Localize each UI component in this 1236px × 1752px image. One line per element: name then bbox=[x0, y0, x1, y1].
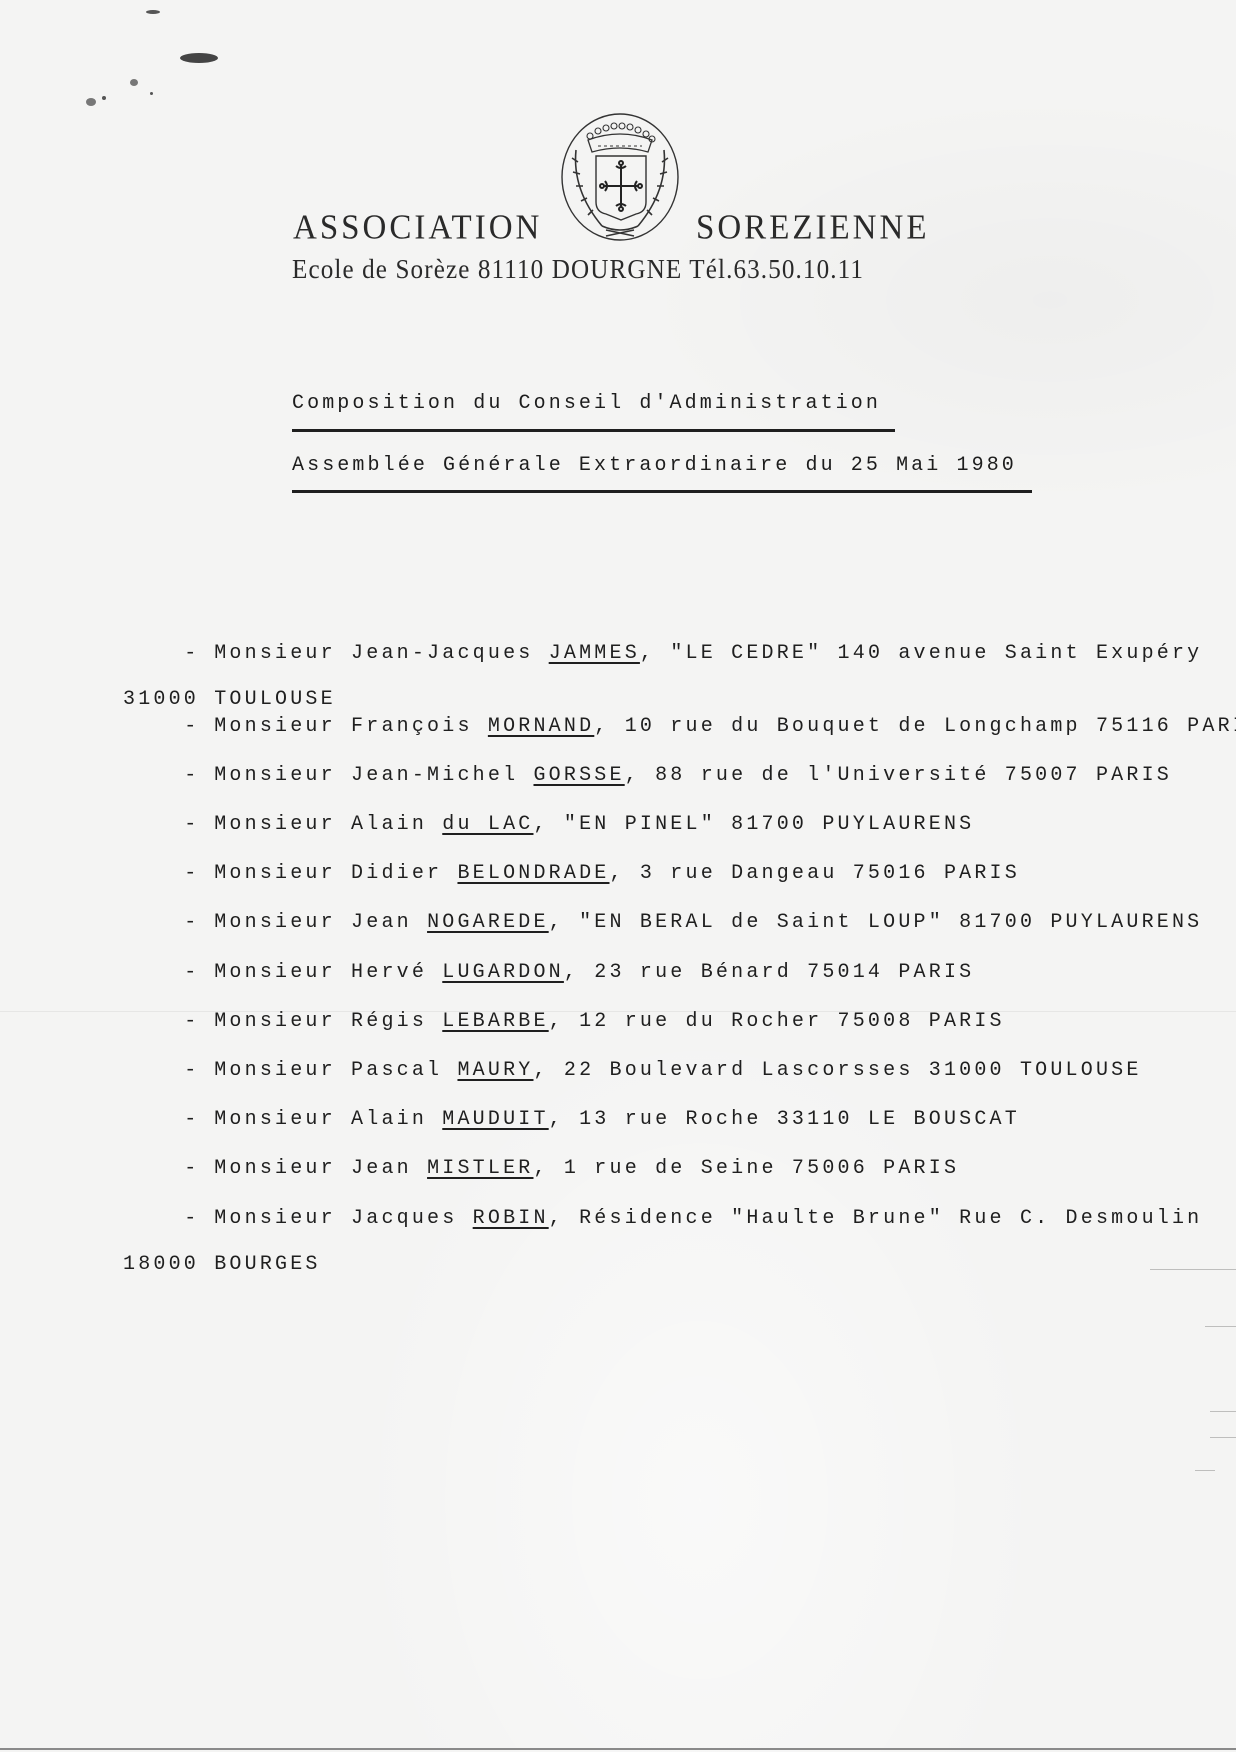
scan-artifact bbox=[1210, 1437, 1236, 1438]
member-address: "EN PINEL" 81700 PUYLAURENS bbox=[564, 813, 974, 836]
letterhead-word-right: SOREZIENNE bbox=[696, 211, 929, 246]
scan-artifact bbox=[1210, 1411, 1236, 1412]
member-address: 3 rue Dangeau 75016 PARIS bbox=[640, 862, 1020, 885]
list-dash: - bbox=[184, 1157, 214, 1180]
document-page: ASSOCIATION SOREZIENNE bbox=[0, 0, 1236, 1752]
member-address: 13 rue Roche 33110 LE BOUSCAT bbox=[579, 1108, 1020, 1131]
scan-artifact bbox=[1195, 1470, 1215, 1471]
ink-smudge bbox=[146, 10, 160, 14]
member-surname: MORNAND bbox=[488, 715, 594, 738]
list-dash: - bbox=[184, 642, 214, 665]
member-address: 23 rue Bénard 75014 PARIS bbox=[594, 961, 974, 984]
member-surname: GORSSE bbox=[533, 764, 624, 787]
subtitle-underline bbox=[292, 490, 1032, 493]
member-address-line2: 18000 BOURGES bbox=[93, 1253, 1202, 1276]
ink-smudge bbox=[150, 92, 153, 95]
list-dash: - bbox=[184, 911, 214, 934]
member-surname: LUGARDON bbox=[442, 961, 564, 984]
coat-of-arms-icon bbox=[558, 110, 682, 244]
list-dash: - bbox=[184, 813, 214, 836]
list-dash: - bbox=[184, 1207, 214, 1230]
member-surname: ROBIN bbox=[473, 1207, 549, 1230]
ink-smudge bbox=[130, 79, 138, 86]
member-surname: MISTLER bbox=[427, 1157, 533, 1180]
member-surname: du LAC bbox=[442, 813, 533, 836]
member-surname: NOGAREDE bbox=[427, 911, 549, 934]
list-dash: - bbox=[184, 764, 214, 787]
member-address: Résidence "Haulte Brune" Rue C. Desmouli… bbox=[579, 1207, 1202, 1230]
document-title: Composition du Conseil d'Administration bbox=[292, 394, 881, 414]
scan-artifact bbox=[1150, 1269, 1236, 1270]
member-address: 88 rue de l'Université 75007 PARIS bbox=[655, 764, 1172, 787]
scan-artifact bbox=[0, 1011, 1236, 1012]
list-dash: - bbox=[184, 1059, 214, 1082]
list-dash: - bbox=[184, 1108, 214, 1131]
list-dash: - bbox=[184, 1010, 214, 1033]
member-surname: MAUDUIT bbox=[442, 1108, 548, 1131]
member-surname: LEBARBE bbox=[442, 1010, 548, 1033]
title-underline bbox=[292, 429, 895, 432]
page-bottom-edge bbox=[0, 1748, 1236, 1750]
member-entry: -Monsieur Jacques ROBIN, Résidence "Haul… bbox=[93, 1184, 1202, 1322]
member-address: 12 rue du Rocher 75008 PARIS bbox=[579, 1010, 1005, 1033]
member-surname: BELONDRADE bbox=[457, 862, 609, 885]
member-address: "LE CEDRE" 140 avenue Saint Exupéry bbox=[670, 642, 1202, 665]
member-address: 22 Boulevard Lascorsses 31000 TOULOUSE bbox=[564, 1059, 1142, 1082]
list-dash: - bbox=[184, 961, 214, 984]
scan-artifact bbox=[1205, 1326, 1236, 1327]
list-dash: - bbox=[184, 862, 214, 885]
member-surname: JAMMES bbox=[549, 642, 640, 665]
member-surname: MAURY bbox=[457, 1059, 533, 1082]
list-dash: - bbox=[184, 715, 214, 738]
document-subtitle: Assemblée Générale Extraordinaire du 25 … bbox=[292, 456, 1017, 476]
letterhead-word-left: ASSOCIATION bbox=[293, 211, 542, 246]
member-address: 1 rue de Seine 75006 PARIS bbox=[564, 1157, 959, 1180]
ink-smudge bbox=[102, 96, 106, 100]
member-address: "EN BERAL de Saint LOUP" 81700 PUYLAUREN… bbox=[579, 911, 1202, 934]
member-address: 10 rue du Bouquet de Longchamp 75116 PAR… bbox=[625, 715, 1236, 738]
ink-smudge bbox=[86, 98, 96, 106]
ink-smudge bbox=[180, 53, 218, 63]
letterhead-address: Ecole de Sorèze 81110 DOURGNE Tél.63.50.… bbox=[292, 256, 864, 283]
